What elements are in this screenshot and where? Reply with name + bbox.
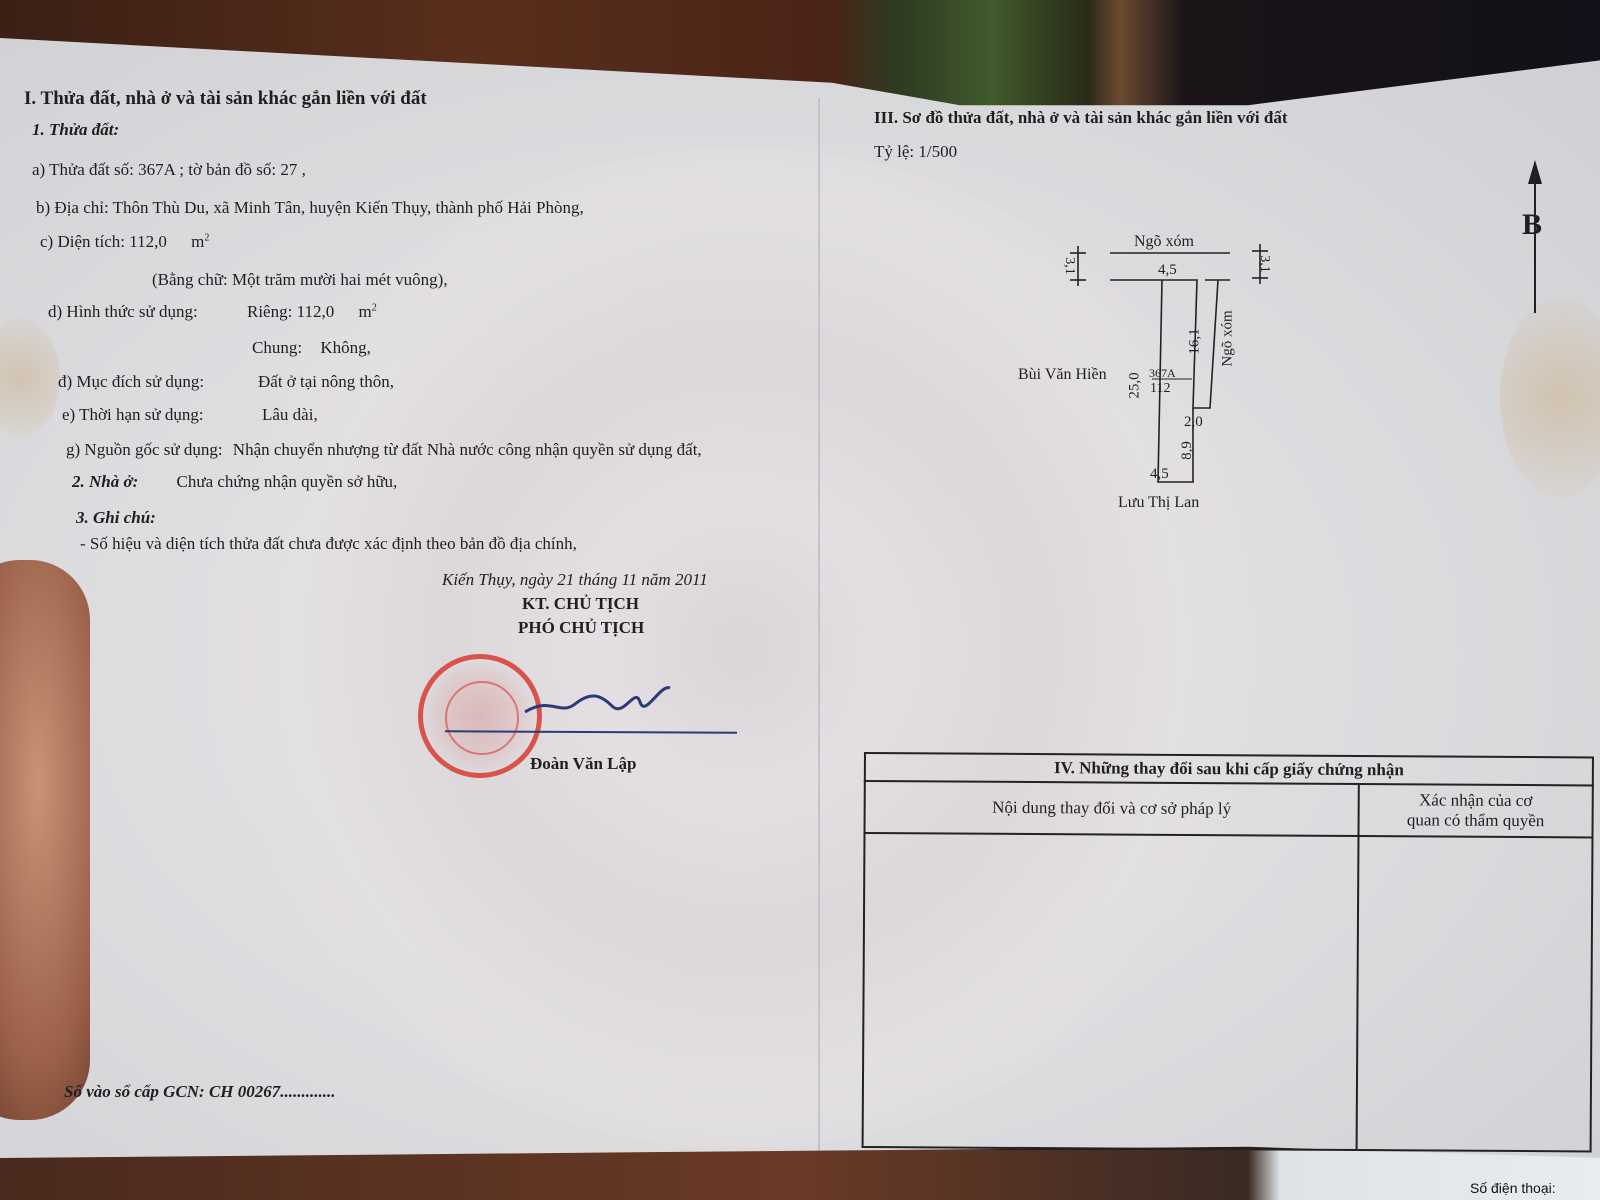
changes-table: IV. Những thay đổi sau khi cấp giấy chứn… [862,752,1594,1152]
section1-title: I. Thửa đất, nhà ở và tài sản khác gắn l… [24,88,427,110]
address-row: b) Địa chỉ: Thôn Thù Du, xã Minh Tân, hu… [36,198,584,218]
area-label: c) Diện tích: [40,232,125,251]
area-row: c) Diện tích: 112,0 m2 [40,232,209,252]
usage-private: Riêng: 112,0 m2 [247,302,377,322]
parcel-label: a) Thửa đất số: [32,160,134,179]
section1-subtitle: 1. Thửa đất: [32,120,119,140]
south-neighbor: Lưu Thị Lan [1118,494,1199,512]
background-bottom [0,1150,1600,1200]
parcel-number-row: a) Thửa đất số: 367A ; tờ bản đồ số: 27 … [32,160,306,180]
notes-value: - Số hiệu và diện tích thửa đất chưa đượ… [80,534,577,554]
house-row: 2. Nhà ở: Chưa chứng nhận quyền sở hữu, [72,472,397,492]
col-change-content: Nội dung thay đổi và cơ sở pháp lý [865,781,1359,836]
section3-title: III. Sơ đồ thửa đất, nhà ở và tài sản kh… [874,108,1288,128]
area-in-words: (Bằng chữ: Một trăm mười hai mét vuông), [152,270,448,290]
step-width: 2,0 [1184,414,1203,431]
top-road-label: Ngõ xóm [1134,233,1194,251]
stamp-emblem [445,681,519,755]
address-label: b) Địa chỉ: [36,198,109,217]
handwritten-signature [520,676,680,726]
signer-name: Đoàn Văn Lập [530,754,636,774]
place-date: Kiến Thụy, ngày 21 tháng 11 năm 2011 [442,570,708,590]
address-value: Thôn Thù Du, xã Minh Tân, huyện Kiến Thụ… [113,198,584,217]
phone-label: Số điện thoại: [1470,1180,1556,1196]
stain [0,318,60,438]
north-label: B [1522,208,1542,242]
area-unit: m2 [191,232,209,251]
parcel-value: 367A [138,160,175,179]
signer-title-2: PHÓ CHỦ TỊCH [518,618,644,638]
map-sheet-label: ; tờ bản đồ số: [179,160,276,179]
map-sheet-value: 27 , [280,160,306,179]
change-content-cell [863,833,1359,1150]
paper-fold [818,98,820,1188]
stain [1500,298,1600,498]
side-road-label: Ngõ xóm [1220,310,1237,366]
authority-confirmation-cell [1357,836,1593,1151]
left-length: 25,0 [1127,372,1144,398]
col-authority-confirmation: Xác nhận của cơ quan có thẩm quyền [1358,784,1592,837]
right-lower-length: 8,9 [1179,441,1196,460]
usage-shared: Chung: Không, [252,338,371,358]
usage-form-label: d) Hình thức sử dụng: [48,302,198,322]
parcel-area: 112 [1150,381,1170,397]
top-width: 4,5 [1158,262,1177,279]
section4-title: IV. Những thay đổi sau khi cấp giấy chứn… [865,753,1593,785]
signer-title-1: KT. CHỦ TỊCH [522,594,639,614]
term-value: Lâu dài, [262,405,318,425]
right-upper-length: 16,1 [1187,328,1204,354]
area-value: 112,0 [129,232,167,251]
purpose-label: đ) Mục đích sử dụng: [58,372,204,392]
term-label: e) Thời hạn sử dụng: [62,405,204,425]
bottom-width: 4,5 [1150,466,1169,483]
purpose-value: Đất ở tại nông thôn, [258,372,394,392]
west-neighbor: Bùi Văn Hiền [1018,366,1107,384]
hand [0,560,90,1120]
road-width-left: 3,1 [1061,257,1077,275]
parcel-id: 367A [1149,366,1176,381]
road-width-right: 3,1 [1256,255,1272,273]
notes-label: 3. Ghi chú: [76,508,156,528]
registry-number: Số vào sổ cấp GCN: CH 00267............. [64,1082,336,1102]
scale: Tỷ lệ: 1/500 [874,142,957,162]
origin-row: g) Nguồn gốc sử dụng: Nhận chuyển nhượng… [66,440,702,460]
